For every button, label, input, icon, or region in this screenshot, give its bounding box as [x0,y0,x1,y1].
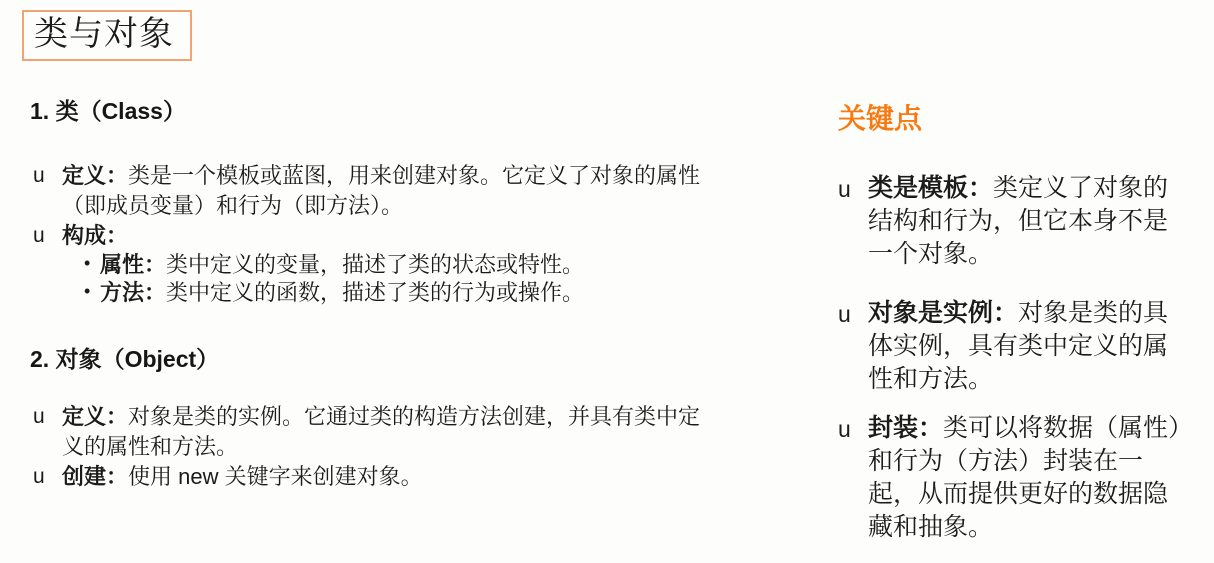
keypoints-column: 关键点 u 类是模板：类定义了对象的结构和行为，但它本身不是一个对象。 u 对象… [838,102,1192,563]
keypoints-heading: 关键点 [838,102,1192,135]
keypoints-bullet-list: u 类是模板：类定义了对象的结构和行为，但它本身不是一个对象。 u 对象是实例：… [838,172,1192,544]
bullet-label: 定义： [62,163,128,188]
list-item: • 方法：类中定义的函数，描述了类的行为或操作。 [30,279,772,307]
bullet-marker: u [33,161,45,191]
bullet-text: 使用 new 关键字来创建对象。 [128,464,423,489]
bullet-text: 对象是类的实例。它通过类的构造方法创建，并具有类中定义的属性和方法。 [62,404,700,459]
bullet-marker: u [33,221,45,251]
bullet-label: 类是模板： [868,174,993,202]
bullet-label: 封装： [868,414,943,442]
dot-bullet-marker: • [84,277,90,305]
dot-bullet-marker: • [84,249,90,277]
list-item: u 封装：类可以将数据（属性）和行为（方法）封装在一起，从而提供更好的数据隐藏和… [838,412,1192,544]
bullet-marker: u [33,402,45,432]
section-class-heading: 1. 类（Class） [30,97,772,125]
slide-title-box: 类与对象 [22,10,192,61]
object-bullet-list: u 定义：对象是类的实例。它通过类的构造方法创建，并具有类中定义的属性和方法。 … [30,402,772,492]
list-item: u 对象是实例：对象是类的具体实例，具有类中定义的属性和方法。 [838,297,1192,396]
bullet-marker: u [838,298,851,331]
list-item: u 构成： [30,221,714,251]
list-item: u 定义：对象是类的实例。它通过类的构造方法创建，并具有类中定义的属性和方法。 [30,402,714,462]
bullet-text: 类中定义的函数，描述了类的行为或操作。 [166,280,584,305]
bullet-label: 属性： [100,252,166,277]
bullet-label: 方法： [100,280,166,305]
bullet-text: 类是一个模板或蓝图，用来创建对象。它定义了对象的属性（即成员变量）和行为（即方法… [62,163,700,218]
presentation-slide: 类与对象 1. 类（Class） u 定义：类是一个模板或蓝图，用来创建对象。它… [0,0,1214,563]
bullet-text: 类中定义的变量，描述了类的状态或特性。 [166,252,584,277]
list-item: u 创建：使用 new 关键字来创建对象。 [30,462,714,492]
class-bullet-list: u 定义：类是一个模板或蓝图，用来创建对象。它定义了对象的属性（即成员变量）和行… [30,161,772,251]
list-item: u 类是模板：类定义了对象的结构和行为，但它本身不是一个对象。 [838,172,1192,271]
bullet-label: 创建： [62,464,128,489]
bullet-marker: u [33,462,45,492]
bullet-marker: u [838,413,851,446]
section-object-heading: 2. 对象（Object） [30,345,772,373]
list-item: • 属性：类中定义的变量，描述了类的状态或特性。 [30,251,772,279]
list-item: u 定义：类是一个模板或蓝图，用来创建对象。它定义了对象的属性（即成员变量）和行… [30,161,714,221]
main-content-column: 1. 类（Class） u 定义：类是一个模板或蓝图，用来创建对象。它定义了对象… [30,97,772,492]
bullet-marker: u [838,173,851,206]
bullet-label: 对象是实例： [868,299,1018,327]
bullet-label: 构成： [62,223,128,248]
page-title: 类与对象 [34,15,174,53]
class-sub-bullet-list: • 属性：类中定义的变量，描述了类的状态或特性。 • 方法：类中定义的函数，描述… [30,251,772,307]
bullet-label: 定义： [62,404,128,429]
